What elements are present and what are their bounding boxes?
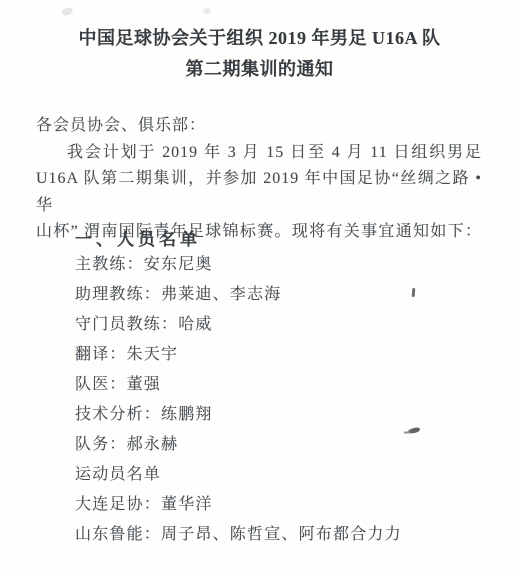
document-title: 中国足球协会关于组织 2019 年男足 U16A 队 第二期集训的通知 bbox=[0, 23, 519, 85]
intro-line-1: 我会计划于 2019 年 3 月 15 日至 4 月 11 日组织男足 bbox=[36, 140, 482, 167]
roster-line-shandong-luneng: 山东鲁能：周子昂、陈哲宣、阿布都合力力 bbox=[75, 520, 495, 550]
intro-line-2: U16A 队第二期集训，并参加 2019 年中国足协“丝绸之路 •华 bbox=[36, 166, 482, 219]
roster-line-head-coach: 主教练：安东尼奥 bbox=[75, 250, 495, 280]
scanned-notice-document: 中国足球协会关于组织 2019 年男足 U16A 队 第二期集训的通知 各会员协… bbox=[0, 0, 519, 574]
scan-smudge-top-left bbox=[61, 6, 74, 16]
roster-line-team-doctor: 队医：董强 bbox=[75, 370, 495, 400]
roster-line-assistant-coaches: 助理教练：弗莱迪、李志海 bbox=[75, 280, 495, 310]
roster-line-technical-analyst: 技术分析：练鹏翔 bbox=[75, 400, 495, 430]
roster-line-translator: 翻译：朱天宇 bbox=[75, 340, 495, 370]
salutation: 各会员协会、俱乐部： bbox=[36, 113, 482, 140]
roster-line-goalkeeper-coach: 守门员教练：哈威 bbox=[75, 310, 495, 340]
roster-line-dalian-fa: 大连足协：董华洋 bbox=[75, 490, 495, 520]
roster-line-players-subheading: 运动员名单 bbox=[75, 460, 495, 490]
roster-line-team-manager: 队务：郝永赫 bbox=[75, 430, 495, 460]
title-line-1: 中国足球协会关于组织 2019 年男足 U16A 队 bbox=[0, 23, 519, 54]
intro-paragraph: 各会员协会、俱乐部： 我会计划于 2019 年 3 月 15 日至 4 月 11… bbox=[36, 113, 482, 246]
section-heading-personnel: 一、人员名单 bbox=[75, 227, 201, 252]
title-line-2: 第二期集训的通知 bbox=[0, 54, 519, 85]
scan-speck-top-center bbox=[203, 8, 211, 14]
personnel-list: 主教练：安东尼奥 助理教练：弗莱迪、李志海 守门员教练：哈威 翻译：朱天宇 队医… bbox=[75, 250, 495, 550]
